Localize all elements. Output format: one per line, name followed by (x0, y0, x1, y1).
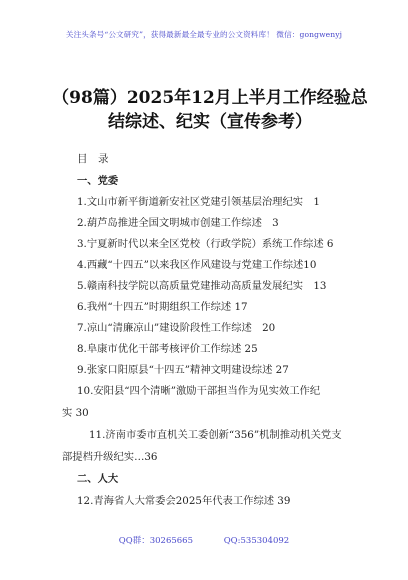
title-line-2: 结综述、纪实（宣传参考） (40, 110, 380, 134)
toc-entry[interactable]: 4.西藏“十四五”以来我区作风建设与党建工作综述10 (77, 258, 316, 272)
promo-header: 关注头条号“公文研究”，获得最新最全最专业的公文资料库！ 微信：gongweny… (0, 29, 408, 40)
title-line-1: （98篇）2025年12月上半月工作经验总 (40, 86, 380, 110)
qq-number: QQ:535304092 (224, 536, 289, 546)
toc-entry[interactable]: 8.阜康市优化干部考核评价工作综述 25 (77, 342, 258, 356)
toc-entry[interactable]: 5.赣南科技学院以高质量党建推动高质量发展纪实 13 (77, 279, 326, 293)
toc-entry[interactable]: 10.安阳县“四个清晰”激励干部担当作为见实效工作纪 (77, 384, 320, 398)
toc-entry[interactable]: 6.我州“十四五”时期组织工作综述 17 (77, 300, 248, 314)
toc-entry[interactable]: 11.济南市委市直机关工委创新“356”机制推动机关党支 (89, 428, 342, 442)
toc-heading: 目 录 (77, 152, 109, 166)
toc-entry[interactable]: 2.葫芦岛推进全国文明城市创建工作综述 3 (77, 216, 279, 230)
toc-entry-continuation[interactable]: 实 30 (62, 406, 89, 420)
document-title: （98篇）2025年12月上半月工作经验总 结综述、纪实（宣传参考） (40, 86, 380, 134)
toc-section-party-committee: 一、党委 (77, 174, 118, 188)
toc-entry[interactable]: 12.青海省人大常委会2025年代表工作综述 39 (77, 494, 290, 508)
contact-footer: QQ群：30265665 QQ:535304092 (0, 534, 408, 546)
qq-group-number: QQ群：30265665 (119, 534, 193, 546)
toc-entry[interactable]: 9.张家口阳原县“十四五”精神文明建设综述 27 (77, 363, 289, 377)
toc-entry[interactable]: 1.文山市新平街道新安社区党建引领基层治理纪实 1 (77, 195, 320, 209)
toc-section-npc: 二、人大 (77, 472, 118, 486)
toc-entry[interactable]: 3.宁夏新时代以来全区党校（行政学院）系统工作综述 6 (77, 237, 333, 251)
toc-entry-continuation[interactable]: 部提档升级纪实…36 (62, 450, 157, 464)
toc-entry[interactable]: 7.凉山“清廉凉山”建设阶段性工作综述 20 (77, 321, 275, 335)
